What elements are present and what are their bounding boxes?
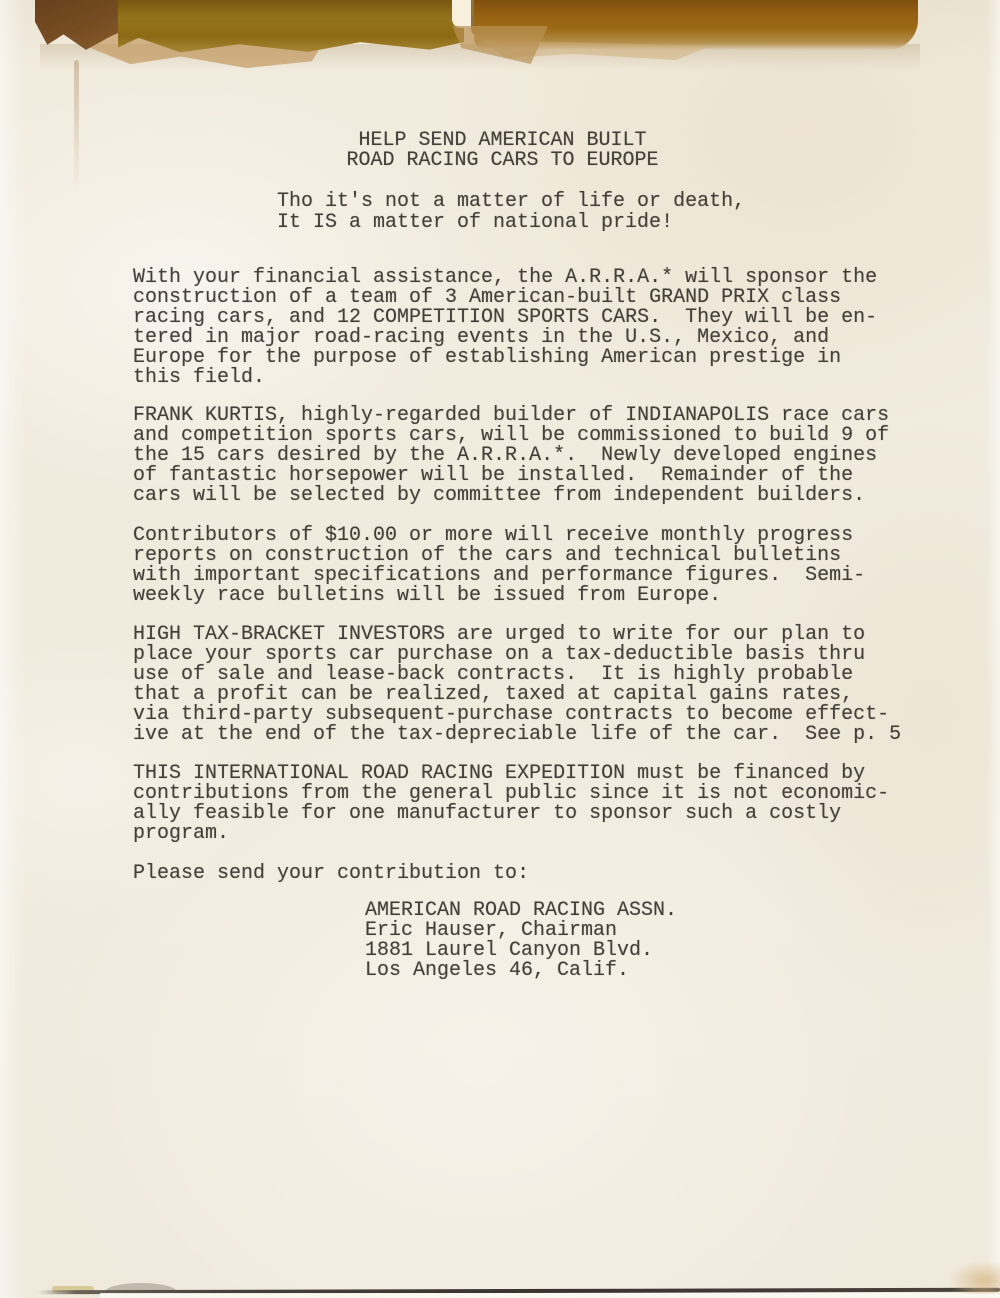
text-line: reports on construction of the cars and … bbox=[133, 546, 865, 566]
text-line: use of sale and lease-back contracts. It… bbox=[133, 665, 901, 685]
title-line: HELP SEND AMERICAN BUILT bbox=[0, 131, 1000, 151]
paper-bottom-underlay bbox=[100, 1293, 1000, 1298]
text-line: weekly race bulletins will be issued fro… bbox=[133, 586, 865, 606]
text-line: this field. bbox=[133, 368, 877, 388]
tagline-line: It IS a matter of national pride! bbox=[277, 212, 745, 233]
text-line: via third-party subsequent-purchase cont… bbox=[133, 705, 901, 725]
paragraph-tax-investors: HIGH TAX-BRACKET INVESTORS are urged to … bbox=[133, 625, 901, 745]
text-line: the 15 cars desired by the A.R.R.A.*. Ne… bbox=[133, 446, 889, 466]
address-block: AMERICAN ROAD RACING ASSN. Eric Hauser, … bbox=[365, 901, 677, 981]
text-line: with important specifications and perfor… bbox=[133, 566, 865, 586]
paragraph-frank-kurtis: FRANK KURTIS, highly-regarded builder of… bbox=[133, 406, 889, 506]
paragraph-sponsorship: With your financial assistance, the A.R.… bbox=[133, 268, 877, 388]
text-line: contributions from the general public si… bbox=[133, 784, 889, 804]
paper-left-edge-highlight bbox=[0, 0, 26, 1298]
text-line: program. bbox=[133, 824, 889, 844]
tagline-line: Tho it's not a matter of life or death, bbox=[277, 191, 745, 212]
text-line: THIS INTERNATIONAL ROAD RACING EXPEDITIO… bbox=[133, 764, 889, 784]
paper-corner-stain bbox=[948, 1260, 1000, 1294]
text-line: ive at the end of the tax-depreciable li… bbox=[133, 725, 901, 745]
document-title: HELP SEND AMERICAN BUILT ROAD RACING CAR… bbox=[0, 131, 1000, 171]
text-line: and competition sports cars, will be com… bbox=[133, 426, 889, 446]
text-line: HIGH TAX-BRACKET INVESTORS are urged to … bbox=[133, 625, 901, 645]
text-line: tered in major road-racing events in the… bbox=[133, 328, 877, 348]
aged-tape-strip bbox=[0, 0, 1000, 86]
text-line: Europe for the purpose of establishing A… bbox=[133, 348, 877, 368]
text-line: place your sports car purchase on a tax-… bbox=[133, 645, 901, 665]
tape-left-piece bbox=[118, 0, 464, 54]
address-line: AMERICAN ROAD RACING ASSN. bbox=[365, 901, 677, 921]
title-line: ROAD RACING CARS TO EUROPE bbox=[0, 151, 1000, 171]
text-line: of fantastic horsepower will be installe… bbox=[133, 466, 889, 486]
paragraph-financing: THIS INTERNATIONAL ROAD RACING EXPEDITIO… bbox=[133, 764, 889, 844]
text-line: FRANK KURTIS, highly-regarded builder of… bbox=[133, 406, 889, 426]
address-line: Los Angeles 46, Calif. bbox=[365, 961, 677, 981]
text-line: With your financial assistance, the A.R.… bbox=[133, 268, 877, 288]
scanned-document-page: HELP SEND AMERICAN BUILT ROAD RACING CAR… bbox=[0, 0, 1000, 1298]
paragraph-contributors: Contributors of $10.00 or more will rece… bbox=[133, 526, 865, 606]
text-line: ally feasible for one manufacturer to sp… bbox=[133, 804, 889, 824]
document-tagline: Tho it's not a matter of life or death, … bbox=[277, 191, 745, 233]
text-line: that a profit can be realized, taxed at … bbox=[133, 685, 901, 705]
text-line: racing cars, and 12 COMPETITION SPORTS C… bbox=[133, 308, 877, 328]
paper-right-edge-highlight bbox=[986, 0, 1000, 1298]
address-line: Eric Hauser, Chairman bbox=[365, 921, 677, 941]
text-line: Contributors of $10.00 or more will rece… bbox=[133, 526, 865, 546]
text-line: Please send your contribution to: bbox=[133, 864, 529, 884]
text-line: cars will be selected by committee from … bbox=[133, 486, 889, 506]
text-line: construction of a team of 3 American-bui… bbox=[133, 288, 877, 308]
closing-line: Please send your contribution to: bbox=[133, 864, 529, 884]
address-line: 1881 Laurel Canyon Blvd. bbox=[365, 941, 677, 961]
